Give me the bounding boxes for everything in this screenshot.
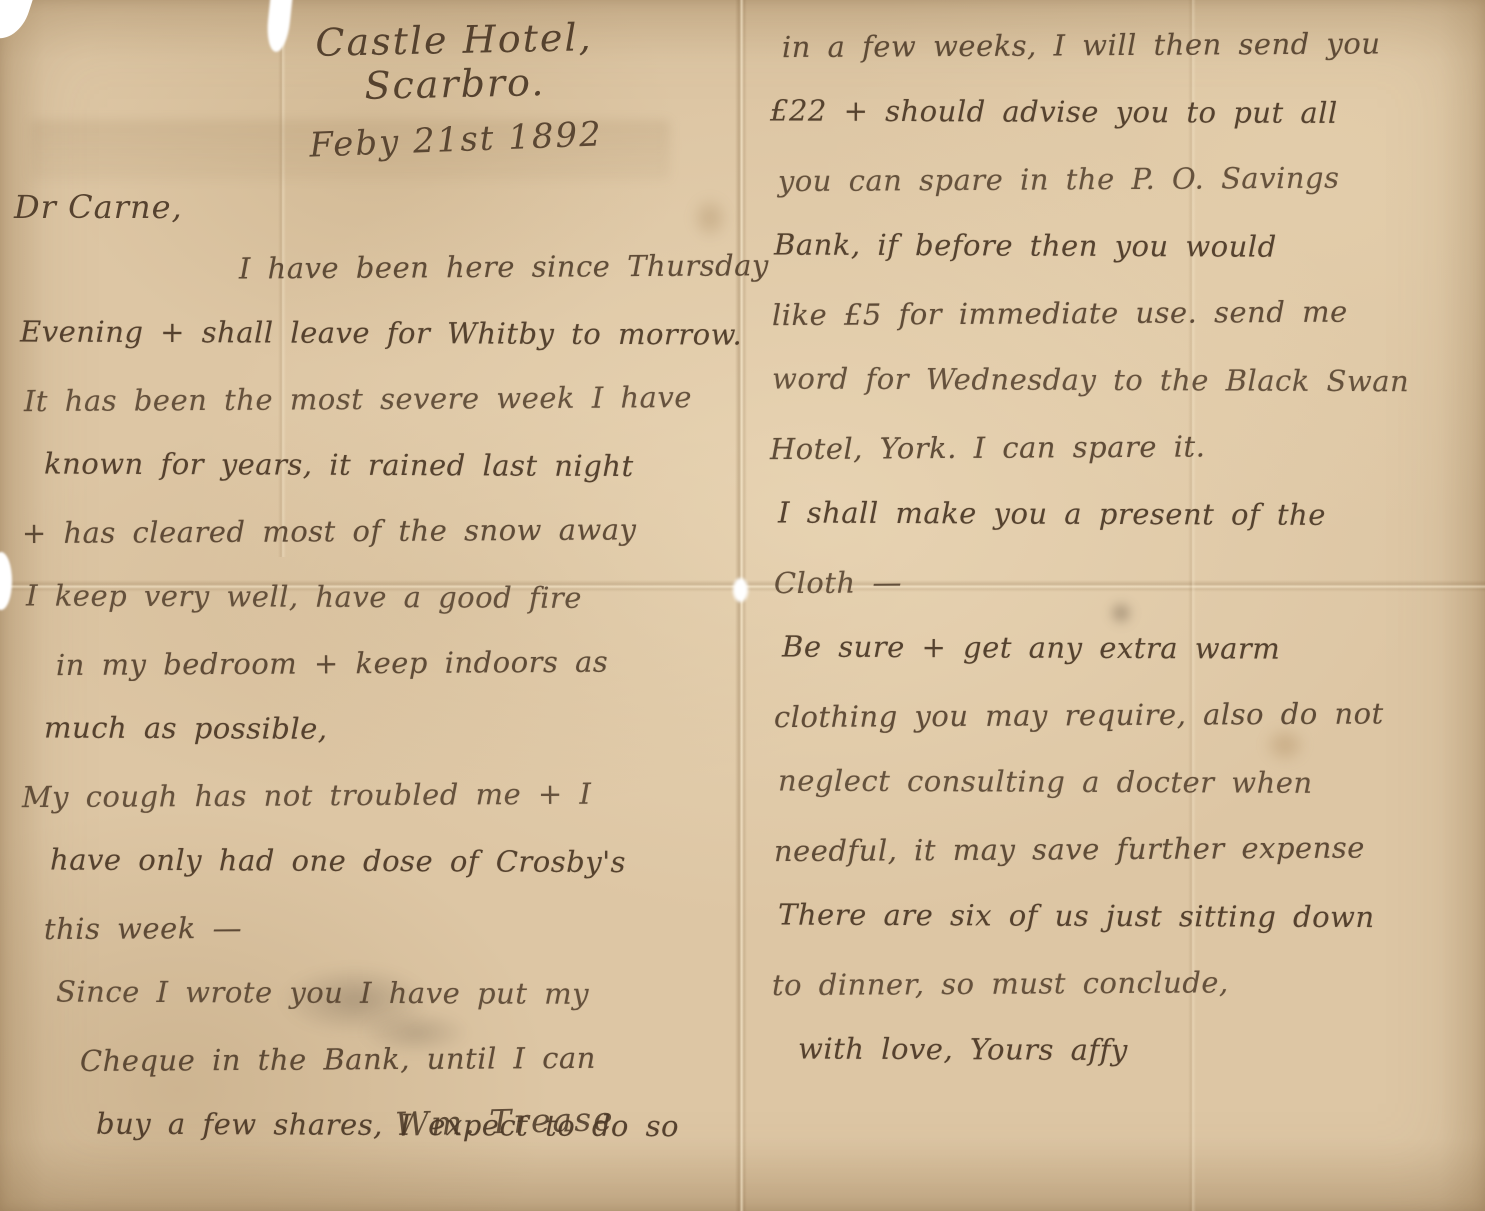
right-page-lines: in a few weeks, I will then send you£22 … [762,28,1472,1100]
paper-hole-center-fold [733,578,748,602]
fold-crease-vertical-center [735,0,747,1211]
letter-line: needful, it may save further expense [774,830,1472,901]
salutation: Dr Carne, [14,188,732,250]
letter-line: My cough has not troubled me + I [22,776,732,846]
scanned-letter-view: Castle Hotel, Scarbro. Feby 21st 1892 Dr… [0,0,1485,1211]
left-page-lines: I have been here since ThursdayEvening +… [14,250,732,1174]
letter-line: I keep very well, have a good fire [26,578,732,647]
letter-line: in a few weeks, I will then send you [782,26,1472,97]
letter-line: known for years, it rained last night [44,446,732,515]
signature: Wm. Trease [395,1099,616,1144]
letter-line: neglect consulting a docter when [778,763,1472,833]
letter-line: much as possible, [44,710,732,779]
letter-heading: Castle Hotel, Scarbro. Feby 21st 1892 [224,13,687,165]
letter-line: Since I wrote you I have put my [56,975,732,1044]
letter-sheet: Castle Hotel, Scarbro. Feby 21st 1892 Dr… [0,0,1485,1211]
letter-line: I shall make you a present of the [778,495,1472,565]
letter-line: There are six of us just sitting down [778,897,1472,967]
letter-line: word for Wednesday to the Black Swan [772,361,1472,431]
page-right: in a few weeks, I will then send you£22 … [762,28,1472,1100]
letter-line: Bank, if before then you would [774,227,1472,297]
letter-line: Evening + shall leave for Whitby to morr… [20,314,732,383]
heading-place: Castle Hotel, Scarbro. [224,13,686,111]
letter-line: Cheque in the Bank, until I can [80,1040,732,1110]
letter-line: you can spare in the P. O. Savings [778,160,1472,231]
letter-line: clothing you may require, also do not [774,696,1472,767]
page-left: Dr Carne, I have been here since Thursda… [14,188,732,1174]
letter-line: this week — [44,908,732,978]
letter-line: It has been the most severe week I have [24,380,732,450]
letter-line: I have been here since Thursday [239,248,732,317]
letter-line: Be sure + get any extra warm [782,629,1472,699]
letter-line: Hotel, York. I can spare it. [770,428,1472,499]
letter-line: have only had one dose of Crosby's [50,843,732,912]
letter-line: £22 + should advise you to put all [770,93,1472,163]
paper-tear-top-left [0,0,36,45]
heading-date: Feby 21st 1892 [225,111,686,169]
letter-line: to dinner, so must conclude, [772,964,1472,1035]
letter-line: with love, Yours affy [798,1032,1472,1102]
letter-line: in my bedroom + keep indoors as [56,644,732,714]
letter-line: + has cleared most of the snow away [22,512,732,582]
paper-tear-left-edge [0,552,12,610]
letter-line: like £5 for immediate use. send me [772,294,1472,365]
letter-line: Cloth — [774,562,1472,633]
